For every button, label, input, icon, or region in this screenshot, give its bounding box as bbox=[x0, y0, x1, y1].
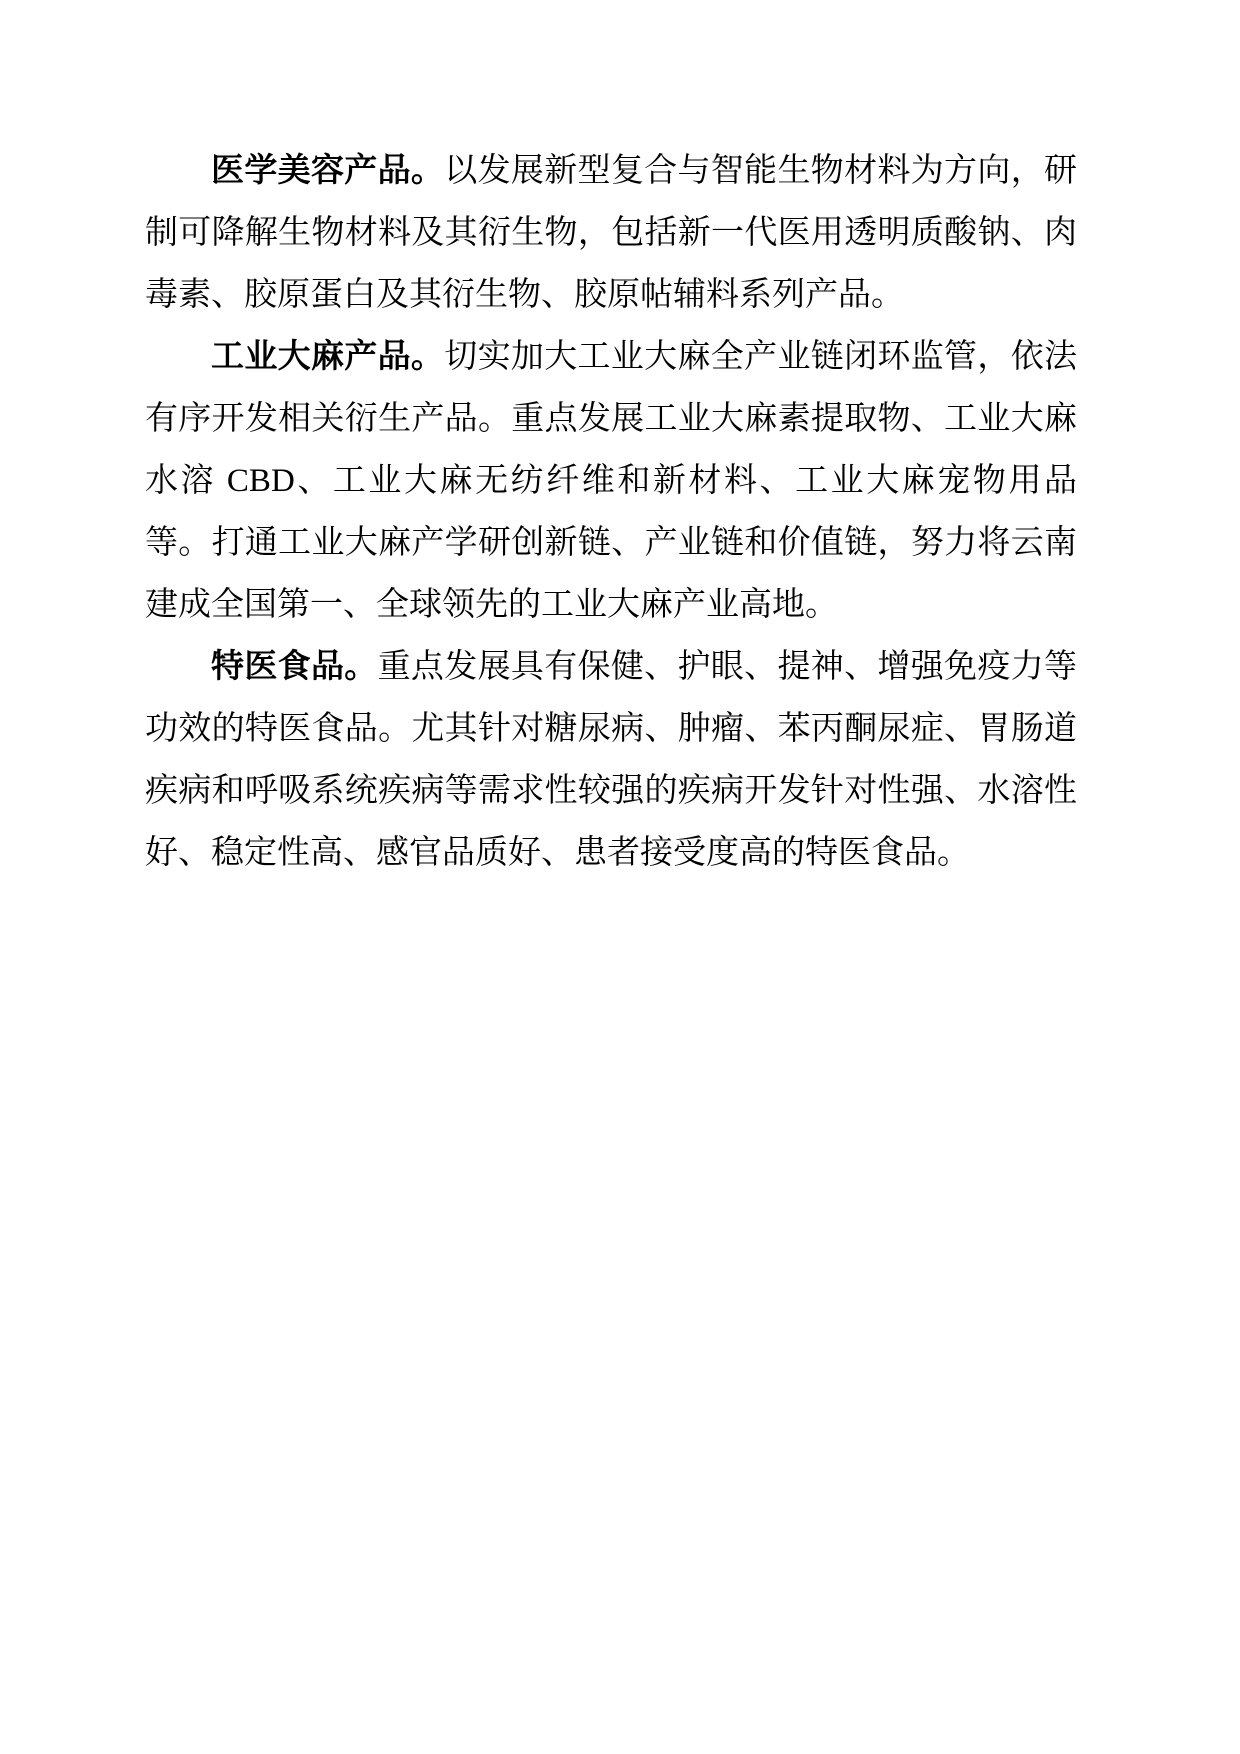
paragraph-lead: 工业大麻产品。 bbox=[211, 339, 444, 375]
paragraph-lead: 医学美容产品。 bbox=[211, 153, 444, 189]
paragraph-lead: 特医食品。 bbox=[211, 649, 378, 685]
paragraph-medical-beauty: 医学美容产品。以发展新型复合与智能生物材料为方向，研制可降解生物材料及其衍生物，… bbox=[145, 140, 1077, 326]
paragraph-text: 切实加大工业大麻全产业链闭环监管，依法有序开发相关衍生产品。重点发展工业大麻素提… bbox=[145, 339, 1077, 623]
paragraph-industrial-hemp: 工业大麻产品。切实加大工业大麻全产业链闭环监管，依法有序开发相关衍生产品。重点发… bbox=[145, 326, 1077, 636]
document-body: 医学美容产品。以发展新型复合与智能生物材料为方向，研制可降解生物材料及其衍生物，… bbox=[145, 140, 1077, 884]
document-page: 医学美容产品。以发展新型复合与智能生物材料为方向，研制可降解生物材料及其衍生物，… bbox=[0, 0, 1240, 1754]
paragraph-special-medical-food: 特医食品。重点发展具有保健、护眼、提神、增强免疫力等功效的特医食品。尤其针对糖尿… bbox=[145, 636, 1077, 884]
